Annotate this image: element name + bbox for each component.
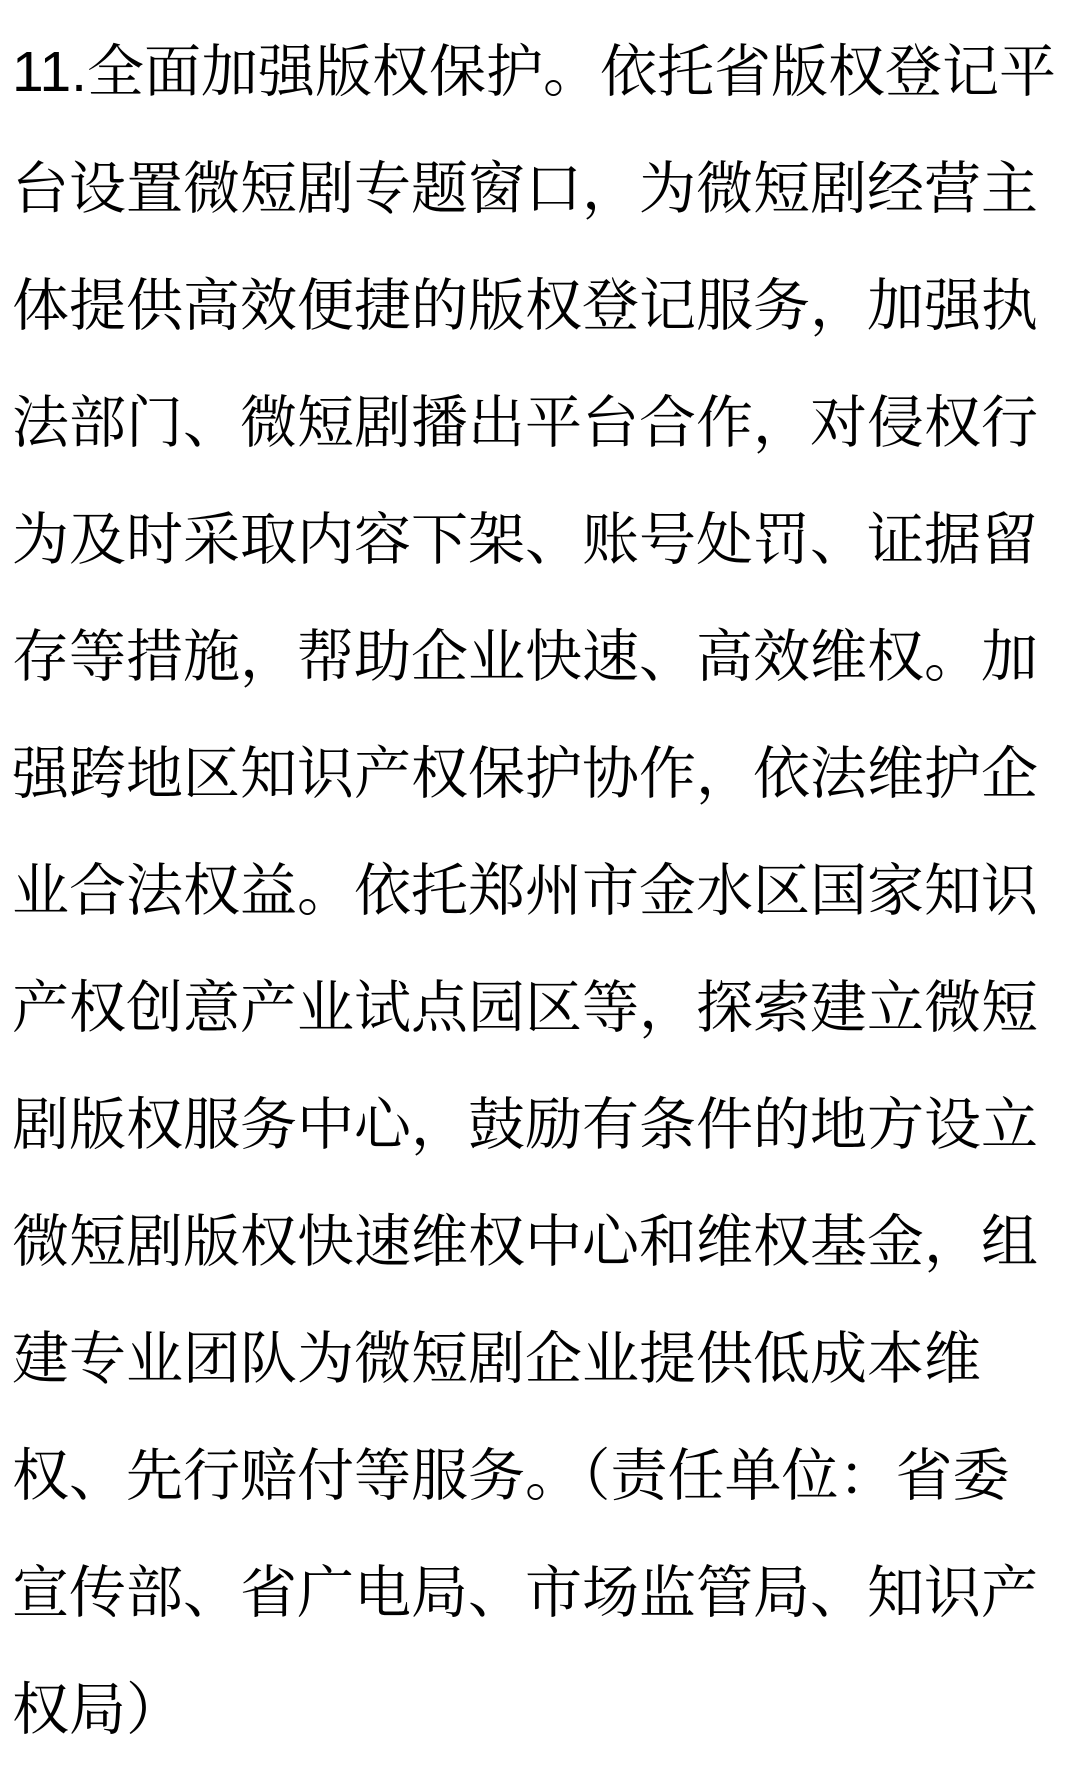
text-line: 存等措施，帮助企业快速、高效维权。加 bbox=[12, 599, 1056, 716]
text-line: 为及时采取内容下架、账号处罚、证据留 bbox=[12, 482, 1056, 599]
text-line: 剧版权服务中心，鼓励有条件的地方设立 bbox=[12, 1067, 1056, 1184]
text-line: 强跨地区知识产权保护协作，依法维护企 bbox=[12, 716, 1056, 833]
text-line: 11.全面加强版权保护。依托省版权登记平 bbox=[12, 14, 1056, 131]
text-line: 业合法权益。依托郑州市金水区国家知识 bbox=[12, 833, 1056, 950]
text-line: 产权创意产业试点园区等，探索建立微短 bbox=[12, 950, 1056, 1067]
text-line: 权、先行赔付等服务。（责任单位：省委 bbox=[12, 1418, 1056, 1535]
text-line: 权局） bbox=[12, 1652, 1056, 1769]
text-line: 建专业团队为微短剧企业提供低成本维 bbox=[12, 1301, 1056, 1418]
text-line: 体提供高效便捷的版权登记服务，加强执 bbox=[12, 248, 1056, 365]
text-line: 宣传部、省广电局、市场监管局、知识产 bbox=[12, 1535, 1056, 1652]
text-line: 微短剧版权快速维权中心和维权基金，组 bbox=[12, 1184, 1056, 1301]
text-line: 法部门、微短剧播出平台合作，对侵权行 bbox=[12, 365, 1056, 482]
article-body: 11.全面加强版权保护。依托省版权登记平 台设置微短剧专题窗口，为微短剧经营主 … bbox=[0, 0, 1068, 1774]
text-line: 台设置微短剧专题窗口，为微短剧经营主 bbox=[12, 131, 1056, 248]
